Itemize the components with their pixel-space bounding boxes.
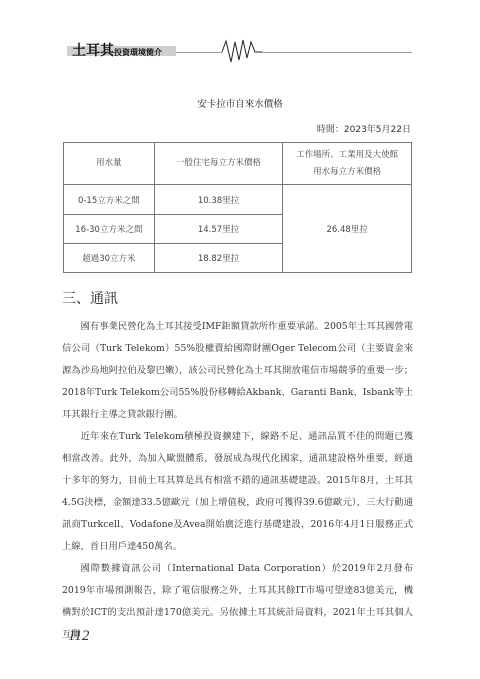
body-text: 國有事業民營化為土耳其接受IMF鉅額貸款所作重要承諾。2005年土耳其國營電信公…	[62, 316, 413, 646]
zigzag-ornament-icon	[220, 38, 264, 66]
cell-usage: 0-15立方米之間	[64, 185, 155, 215]
table-title: 安卡拉市自來水價格	[0, 96, 480, 110]
cell-residential: 18.82里拉	[154, 244, 283, 273]
header-cell-usage: 用水量	[64, 143, 155, 185]
paragraph: 近年來在Turk Telekom積極投資擴建下，線路不足、通訊品質不佳的問題已獲…	[62, 426, 413, 558]
header-title: 土耳其投資環境簡介	[72, 40, 162, 60]
header-title-big: 土耳其	[72, 43, 114, 59]
table-header-row: 用水量 一般住宅每立方米價格 工作場所、工業用及大使館 用水每立方米價格	[64, 143, 412, 185]
table-date: 時間：2023年5月22日	[317, 122, 411, 135]
header-rule-right	[262, 52, 412, 53]
header-commercial-line2: 用水每立方米價格	[283, 164, 411, 181]
cell-residential: 14.57里拉	[154, 215, 283, 244]
header-cell-residential: 一般住宅每立方米價格	[154, 143, 283, 185]
header-cell-commercial: 工作場所、工業用及大使館 用水每立方米價格	[283, 143, 412, 185]
cell-usage: 超過30立方米	[64, 244, 155, 273]
cell-usage: 16-30立方米之間	[64, 215, 155, 244]
cell-residential: 10.38里拉	[154, 185, 283, 215]
cell-commercial-price: 26.48里拉	[283, 185, 412, 273]
header-rule-left	[176, 52, 222, 53]
paragraph: 國際數據資訊公司（International Data Corporation）…	[62, 558, 413, 646]
section-heading: 三、通訊	[62, 288, 118, 308]
water-price-table: 用水量 一般住宅每立方米價格 工作場所、工業用及大使館 用水每立方米價格 0-1…	[63, 142, 412, 273]
paragraph: 國有事業民營化為土耳其接受IMF鉅額貸款所作重要承諾。2005年土耳其國營電信公…	[62, 316, 413, 426]
header-title-small: 投資環境簡介	[114, 48, 162, 57]
page-number: 112	[68, 628, 89, 645]
table-row: 0-15立方米之間 10.38里拉 26.48里拉	[64, 185, 412, 215]
header-commercial-line1: 工作場所、工業用及大使館	[283, 147, 411, 164]
